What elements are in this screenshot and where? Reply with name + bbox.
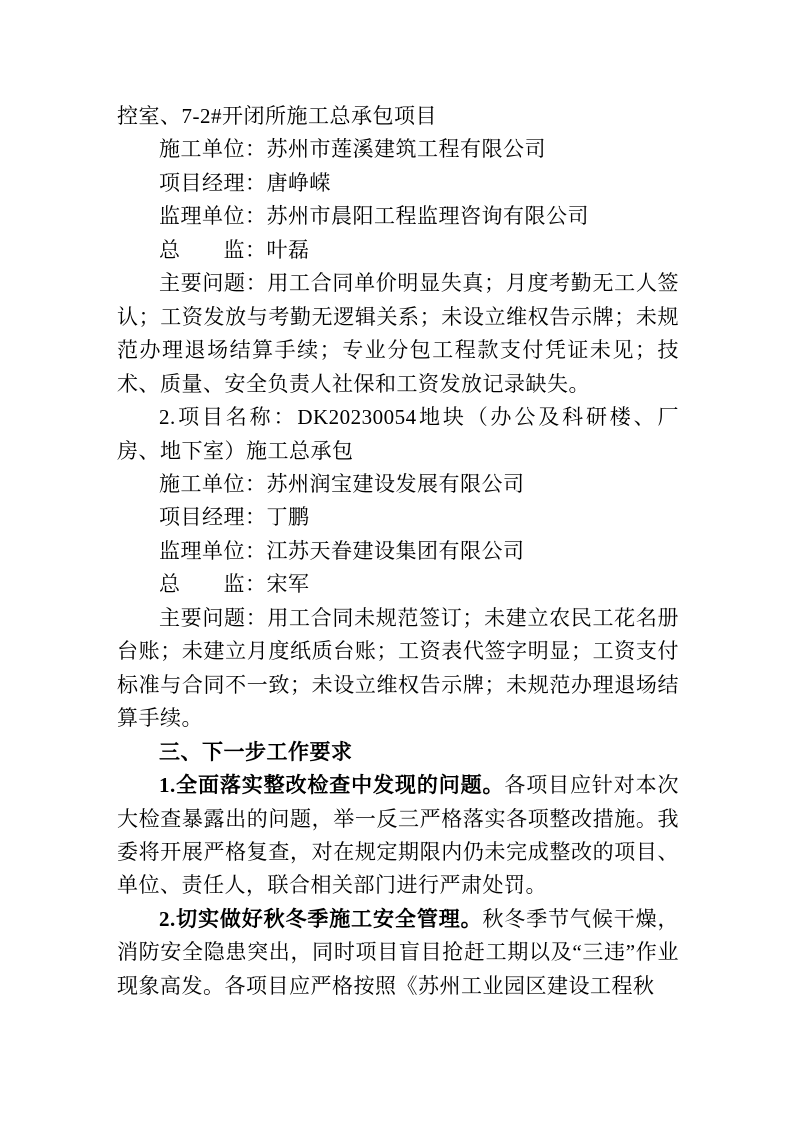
paragraph-bold-lead: 三、下一步工作要求 [159,740,353,764]
paragraph-text: 主要问题：用工合同单价明显失真；月度考勤无工人签认；工资发放与考勤无逻辑关系；未… [117,271,679,395]
paragraph-text: 项目经理：丁鹏 [159,505,310,529]
paragraph-text: 施工单位：苏州润宝建设发展有限公司 [159,472,525,496]
paragraph-requirement-2: 2.切实做好秋冬季施工安全管理。秋冬季节气候干燥，消防安全隐患突出，同时项目盲目… [117,903,679,1003]
paragraph-text: 项目经理：唐峥嵘 [159,171,331,195]
paragraph-text: 2.项目名称：DK20230054地块（办公及科研楼、厂房、地下室）施工总承包 [117,405,679,462]
paragraph-project2-main-issues: 主要问题：用工合同未规范签订；未建立农民工花名册台账；未建立月度纸质台账；工资表… [117,602,679,736]
paragraph-bold-lead: 2.切实做好秋冬季施工安全管理。 [159,907,482,931]
paragraph-project1-contractor: 施工单位：苏州市莲溪建筑工程有限公司 [117,133,679,166]
document-text-block: 控室、7-2#开闭所施工总承包项目 施工单位：苏州市莲溪建筑工程有限公司 项目经… [117,100,679,1003]
paragraph-text: 监理单位：苏州市晨阳工程监理咨询有限公司 [159,204,589,228]
paragraph-text: 控室、7-2#开闭所施工总承包项目 [117,104,437,128]
paragraph-text: 总 监：宋军 [159,572,310,596]
paragraph-project1-manager: 项目经理：唐峥嵘 [117,167,679,200]
paragraph-project2-title: 2.项目名称：DK20230054地块（办公及科研楼、厂房、地下室）施工总承包 [117,401,679,468]
section-heading-next-steps: 三、下一步工作要求 [117,736,679,769]
paragraph-project2-chief-supervisor: 总 监：宋军 [117,568,679,601]
paragraph-project1-title-continuation: 控室、7-2#开闭所施工总承包项目 [117,100,679,133]
paragraph-project2-supervision-unit: 监理单位：江苏天眷建设集团有限公司 [117,535,679,568]
paragraph-project1-supervision-unit: 监理单位：苏州市晨阳工程监理咨询有限公司 [117,200,679,233]
paragraph-project1-main-issues: 主要问题：用工合同单价明显失真；月度考勤无工人签认；工资发放与考勤无逻辑关系；未… [117,267,679,401]
paragraph-text: 总 监：叶磊 [159,238,310,262]
paragraph-text: 监理单位：江苏天眷建设集团有限公司 [159,539,525,563]
paragraph-text: 施工单位：苏州市莲溪建筑工程有限公司 [159,137,546,161]
paragraph-project2-contractor: 施工单位：苏州润宝建设发展有限公司 [117,468,679,501]
paragraph-text: 主要问题：用工合同未规范签订；未建立农民工花名册台账；未建立月度纸质台账；工资表… [117,606,679,730]
paragraph-bold-lead: 1.全面落实整改检查中发现的问题。 [159,773,504,797]
paragraph-project2-manager: 项目经理：丁鹏 [117,501,679,534]
paragraph-requirement-1: 1.全面落实整改检查中发现的问题。各项目应针对本次大检查暴露出的问题，举一反三严… [117,769,679,903]
document-page: 控室、7-2#开闭所施工总承包项目 施工单位：苏州市莲溪建筑工程有限公司 项目经… [0,0,793,1122]
paragraph-project1-chief-supervisor: 总 监：叶磊 [117,234,679,267]
